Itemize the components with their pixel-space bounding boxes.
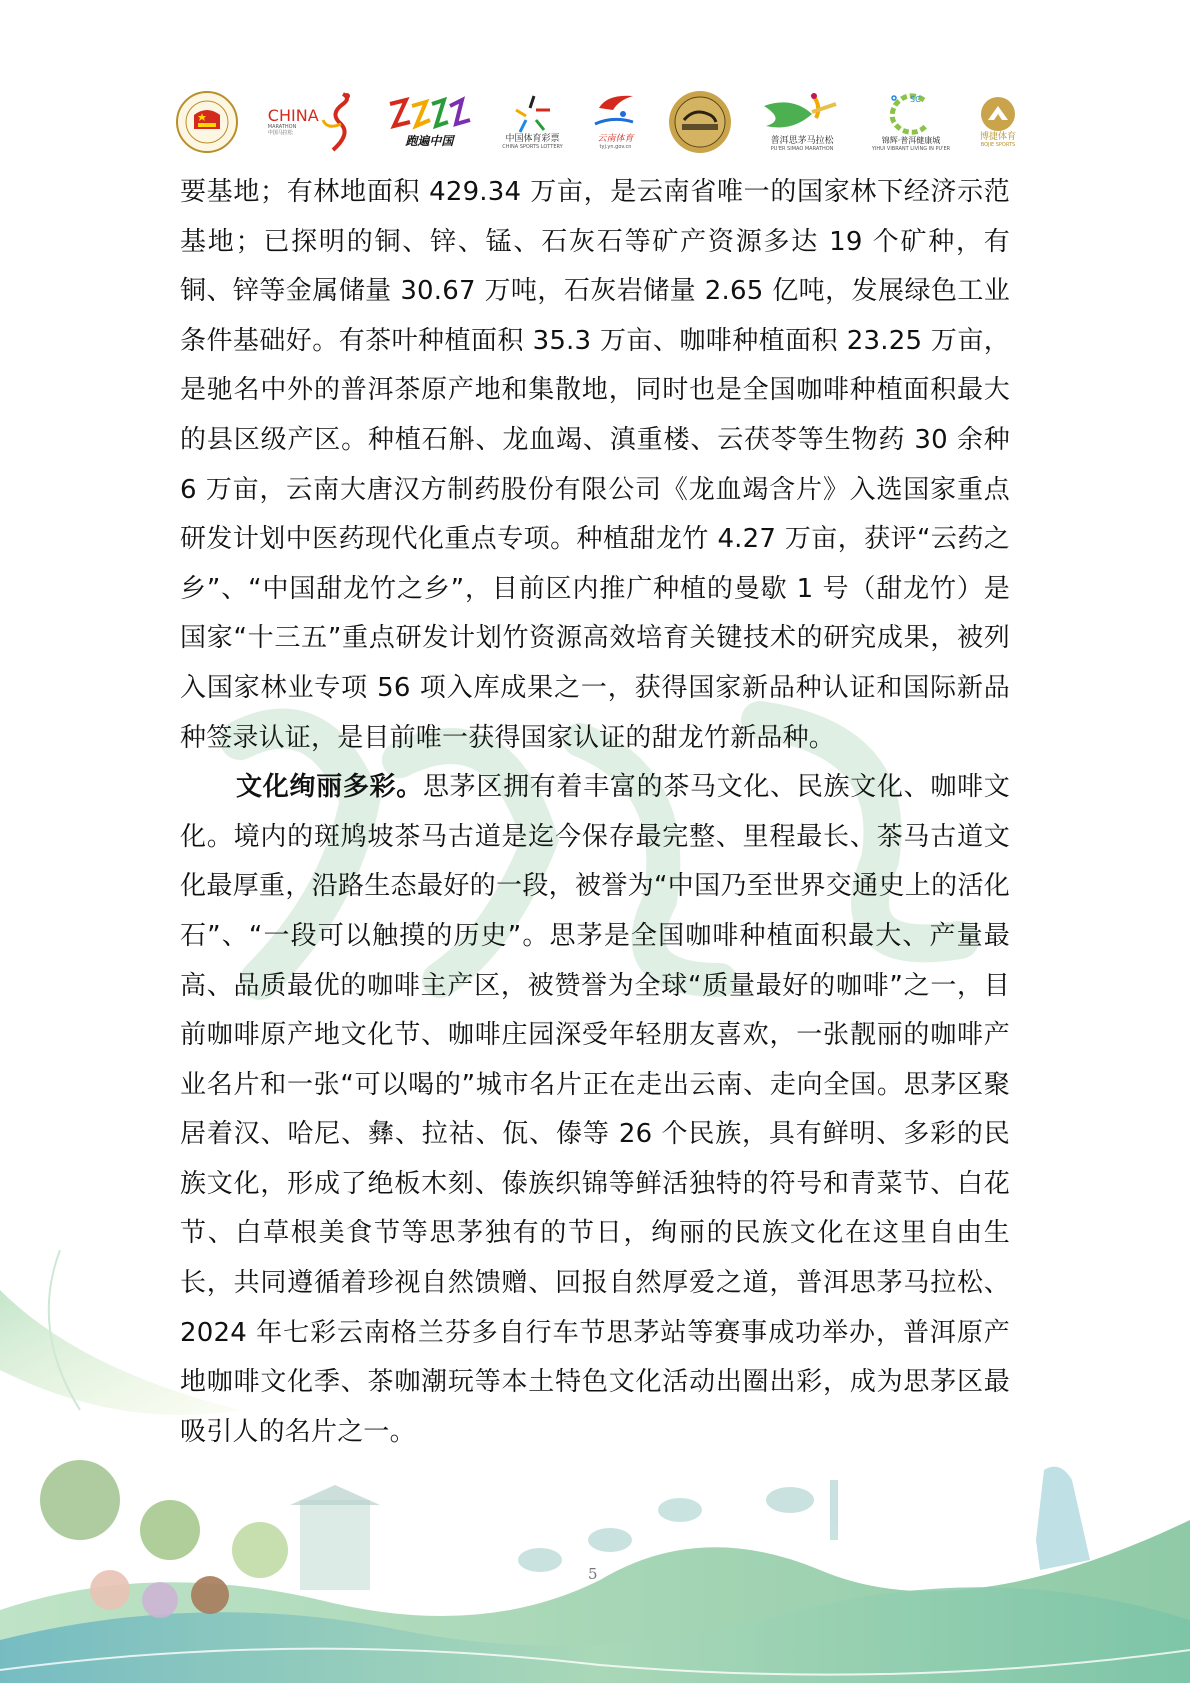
runner-swoosh-icon — [321, 90, 357, 154]
sports-lottery-star-icon — [512, 94, 552, 134]
road-running-medal-icon — [668, 90, 732, 154]
logo-yunnan-road-running-association — [668, 86, 732, 158]
paragraph-natural-resources: 要基地；有林地面积 429.34 万亩，是云南省唯一的国家林下经济示范基地；已探… — [180, 168, 1010, 763]
logo-jinhui-puer: SC 锦辉·普洱健康城 YIHUI VIBRANT LIVING IN PU'E… — [872, 86, 950, 158]
logo-china-marathon: CHINA MARATHON 中国马拉松 — [268, 86, 357, 158]
paragraph-culture-lead: 文化绚丽多彩。 — [236, 772, 423, 802]
logo-chinese-athletics-association — [176, 86, 238, 158]
torch-runner-icon — [593, 94, 639, 134]
sponsor-logo-bar: CHINA MARATHON 中国马拉松 跑遍中国 中国体育彩票 CHINA S… — [176, 86, 1016, 158]
bojie-emblem-icon — [980, 96, 1016, 132]
china-marathon-title: CHINA — [268, 108, 319, 124]
paragraph-culture: 文化绚丽多彩。思茅区拥有着丰富的茶马文化、民族文化、咖啡文化。境内的斑鸠坡茶马古… — [180, 763, 1010, 1457]
puer-marathon-leaf-icon — [762, 92, 842, 136]
page-number: 5 — [588, 1565, 598, 1583]
document-body: 要基地；有林地面积 429.34 万亩，是云南省唯一的国家林下经济示范基地；已探… — [180, 168, 1010, 1457]
run-china-ribbon-icon — [386, 96, 472, 132]
jinhui-c-ring-icon: SC — [886, 92, 936, 136]
paragraph-culture-text: 思茅区拥有着丰富的茶马文化、民族文化、咖啡文化。境内的斑鸠坡茶马古道是迄今保存最… — [180, 772, 1010, 1447]
logo-puer-simao-marathon: 普洱思茅马拉松 PU'ER SIMAO MARATHON — [762, 86, 842, 158]
athletics-association-emblem-icon — [176, 91, 238, 153]
run-china-caption: 跑遍中国 — [405, 132, 453, 149]
svg-text:SC: SC — [910, 95, 921, 104]
logo-bojie-sports: 博捷体育 BOJIE SPORTS — [980, 86, 1016, 158]
logo-run-china: 跑遍中国 — [386, 86, 472, 158]
logo-yunnan-sports: 云南体育 tyj.yn.gov.cn — [593, 86, 639, 158]
logo-china-sports-lottery: 中国体育彩票 CHINA SPORTS LOTTERY — [502, 86, 562, 158]
